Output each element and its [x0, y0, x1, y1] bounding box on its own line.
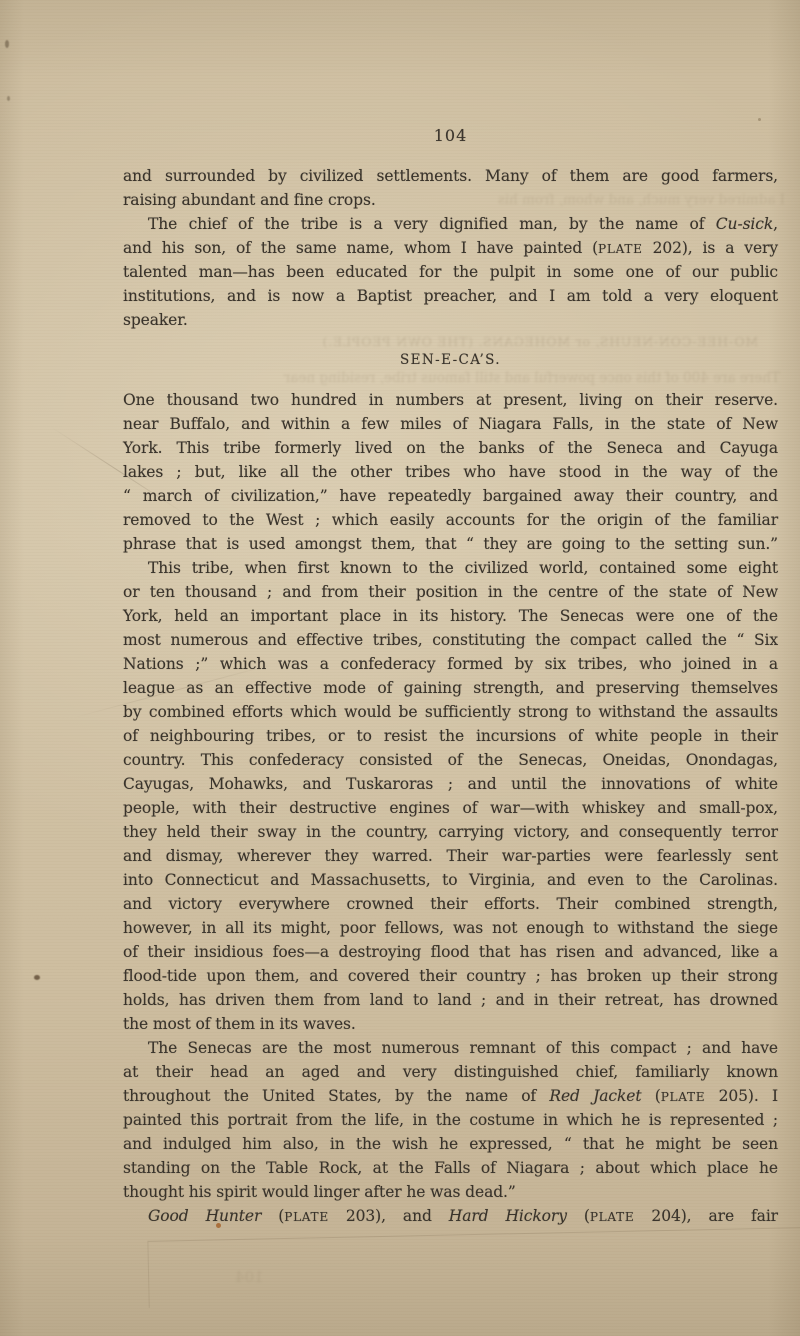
text-line: they held their sway in the country, car… — [123, 820, 778, 844]
text-run: The chief of the tribe is a very dignifi… — [148, 215, 716, 233]
text-run: Nations ;” which was a confederacy forme… — [123, 655, 778, 673]
text-run: Cayugas, Mohawks, and Tuskaroras ; and u… — [123, 775, 778, 793]
text-run: York, held an important place in its his… — [123, 607, 778, 625]
text-line: Nations ;” which was a confederacy forme… — [123, 652, 778, 676]
text-line: talented man—has been educated for the p… — [123, 260, 778, 284]
edge-mark — [5, 40, 9, 48]
text-line: standing on the Table Rock, at the Falls… — [123, 1156, 778, 1180]
text-run: 204), are fair — [634, 1207, 778, 1225]
text-run: 202), is a very — [643, 239, 778, 257]
text-run: raising abundant and fine crops. — [123, 191, 376, 209]
text-run: country. This confederacy consisted of t… — [123, 751, 778, 769]
text-run: of neighbouring tribes, or to resist the… — [123, 727, 778, 745]
text-line: “ march of civilization,” have repeatedl… — [123, 484, 778, 508]
text-run: league as an effective mode of gaining s… — [123, 679, 778, 697]
text-line: painted this portrait from the life, in … — [123, 1108, 778, 1132]
edge-mark — [7, 96, 10, 101]
text-line: thought his spirit would linger after he… — [123, 1180, 778, 1204]
text-run: into Connecticut and Massachusetts, to V… — [123, 871, 778, 889]
text-line: and his son, of the same name, whom I ha… — [123, 236, 778, 260]
text-line: York, held an important place in its his… — [123, 604, 778, 628]
text-run: thought his spirit would linger after he… — [123, 1183, 516, 1201]
text-line: removed to the West ; which easily accou… — [123, 508, 778, 532]
plate-reference: PLATE — [284, 1210, 329, 1224]
text-line: institutions, and is now a Baptist preac… — [123, 284, 778, 308]
text-block: and surrounded by civilized settlements.… — [123, 164, 778, 1228]
text-line: raising abundant and fine crops. — [123, 188, 778, 212]
text-line: people, with their destructive engines o… — [123, 796, 778, 820]
text-line: and indulged him also, in the wish he ex… — [123, 1132, 778, 1156]
text-line: however, in all its might, poor fellows,… — [123, 916, 778, 940]
text-line: and dismay, wherever they warred. Their … — [123, 844, 778, 868]
text-run: throughout the United States, by the nam… — [123, 1087, 549, 1105]
italic-name: Cu-sick — [716, 215, 773, 233]
text-run: they held their sway in the country, car… — [123, 823, 778, 841]
paragraph-seneca-reserve: One thousand two hundred in numbers at p… — [123, 388, 778, 556]
text-run: and indulged him also, in the wish he ex… — [123, 1135, 778, 1153]
text-run: at their head an aged and very distingui… — [123, 1063, 778, 1081]
text-line: most numerous and effective tribes, cons… — [123, 628, 778, 652]
text-run: most numerous and effective tribes, cons… — [123, 631, 778, 649]
text-run: near Buffalo, and within a few miles of … — [123, 415, 778, 433]
text-line: lakes ; but, like all the other tribes w… — [123, 460, 778, 484]
text-line: at their head an aged and very distingui… — [123, 1060, 778, 1084]
text-run: the most of them in its waves. — [123, 1015, 356, 1033]
text-run: speaker. — [123, 311, 188, 329]
text-run: ( — [641, 1087, 660, 1105]
text-line: speaker. — [123, 308, 778, 332]
text-line: of their insidious foes—a destroying flo… — [123, 940, 778, 964]
text-line: of neighbouring tribes, or to resist the… — [123, 724, 778, 748]
text-run: painted this portrait from the life, in … — [123, 1111, 778, 1129]
book-page: I admired very much, and whom, from his … — [0, 0, 800, 1336]
text-run: One thousand two hundred in numbers at p… — [123, 391, 778, 409]
text-run: or ten thousand ; and from their positio… — [123, 583, 778, 601]
text-run: , — [773, 215, 778, 233]
showthrough-page-number: 104 — [235, 1268, 264, 1286]
text-run: people, with their destructive engines o… — [123, 799, 778, 817]
text-line: near Buffalo, and within a few miles of … — [123, 412, 778, 436]
text-line: The chief of the tribe is a very dignifi… — [123, 212, 778, 236]
text-line: The Senecas are the most numerous remnan… — [123, 1036, 778, 1060]
text-line: league as an effective mode of gaining s… — [123, 676, 778, 700]
text-run: of their insidious foes—a destroying flo… — [123, 943, 778, 961]
italic-name: Good Hunter — [148, 1207, 261, 1225]
text-run: and dismay, wherever they warred. Their … — [123, 847, 778, 865]
text-run: by combined efforts which would be suffi… — [123, 703, 778, 721]
text-line: Good Hunter (PLATE 203), and Hard Hickor… — [123, 1204, 778, 1228]
text-line: and surrounded by civilized settlements.… — [123, 164, 778, 188]
section-heading: SEN-E-CA’S. — [123, 348, 778, 372]
text-run: phrase that is used amongst them, that “… — [123, 535, 778, 553]
paragraph-six-nations: This tribe, when first known to the civi… — [123, 556, 778, 1036]
text-run: The Senecas are the most numerous remnan… — [148, 1039, 778, 1057]
text-line: by combined efforts which would be suffi… — [123, 700, 778, 724]
plate-reference: PLATE — [598, 242, 643, 256]
italic-name: Hard Hickory — [449, 1207, 567, 1225]
text-run: however, in all its might, poor fellows,… — [123, 919, 778, 937]
text-line: Cayugas, Mohawks, and Tuskaroras ; and u… — [123, 772, 778, 796]
text-line: holds, has driven them from land to land… — [123, 988, 778, 1012]
text-run: This tribe, when first known to the civi… — [148, 559, 778, 577]
paragraph-good-hunter: Good Hunter (PLATE 203), and Hard Hickor… — [123, 1204, 778, 1228]
plate-reference: PLATE — [590, 1210, 635, 1224]
text-run: lakes ; but, like all the other tribes w… — [123, 463, 778, 481]
text-run: and surrounded by civilized settlements.… — [123, 167, 778, 185]
text-line: One thousand two hundred in numbers at p… — [123, 388, 778, 412]
text-line: flood-tide upon them, and covered their … — [123, 964, 778, 988]
text-line: into Connecticut and Massachusetts, to V… — [123, 868, 778, 892]
plate-reference: PLATE — [661, 1090, 706, 1104]
page-number: 104 — [123, 126, 778, 145]
text-run: talented man—has been educated for the p… — [123, 263, 778, 281]
text-line: phrase that is used amongst them, that “… — [123, 532, 778, 556]
showthrough-plate-border — [147, 1227, 800, 1308]
paragraph-red-jacket: The Senecas are the most numerous remnan… — [123, 1036, 778, 1204]
text-run: 203), and — [329, 1207, 449, 1225]
text-run: ( — [567, 1207, 590, 1225]
text-line: This tribe, when first known to the civi… — [123, 556, 778, 580]
text-run: institutions, and is now a Baptist preac… — [123, 287, 778, 305]
text-line: and victory everywhere crowned their eff… — [123, 892, 778, 916]
text-run: “ march of civilization,” have repeatedl… — [123, 487, 778, 505]
paragraph-farmers: and surrounded by civilized settlements.… — [123, 164, 778, 212]
foxing-speck — [34, 975, 40, 980]
text-run: ( — [261, 1207, 284, 1225]
foxing-speck — [758, 118, 761, 121]
text-run: and victory everywhere crowned their eff… — [123, 895, 778, 913]
text-run: removed to the West ; which easily accou… — [123, 511, 778, 529]
text-run: holds, has driven them from land to land… — [123, 991, 778, 1009]
text-line: York. This tribe formerly lived on the b… — [123, 436, 778, 460]
text-run: and his son, of the same name, whom I ha… — [123, 239, 598, 257]
text-line: throughout the United States, by the nam… — [123, 1084, 778, 1108]
text-line: the most of them in its waves. — [123, 1012, 778, 1036]
italic-name: Red Jacket — [549, 1087, 641, 1105]
text-run: flood-tide upon them, and covered their … — [123, 967, 778, 985]
text-run: York. This tribe formerly lived on the b… — [123, 439, 778, 457]
text-run: 205). I — [705, 1087, 778, 1105]
paragraph-chief-cusick: The chief of the tribe is a very dignifi… — [123, 212, 778, 332]
text-line: or ten thousand ; and from their positio… — [123, 580, 778, 604]
text-run: standing on the Table Rock, at the Falls… — [123, 1159, 778, 1177]
text-line: country. This confederacy consisted of t… — [123, 748, 778, 772]
